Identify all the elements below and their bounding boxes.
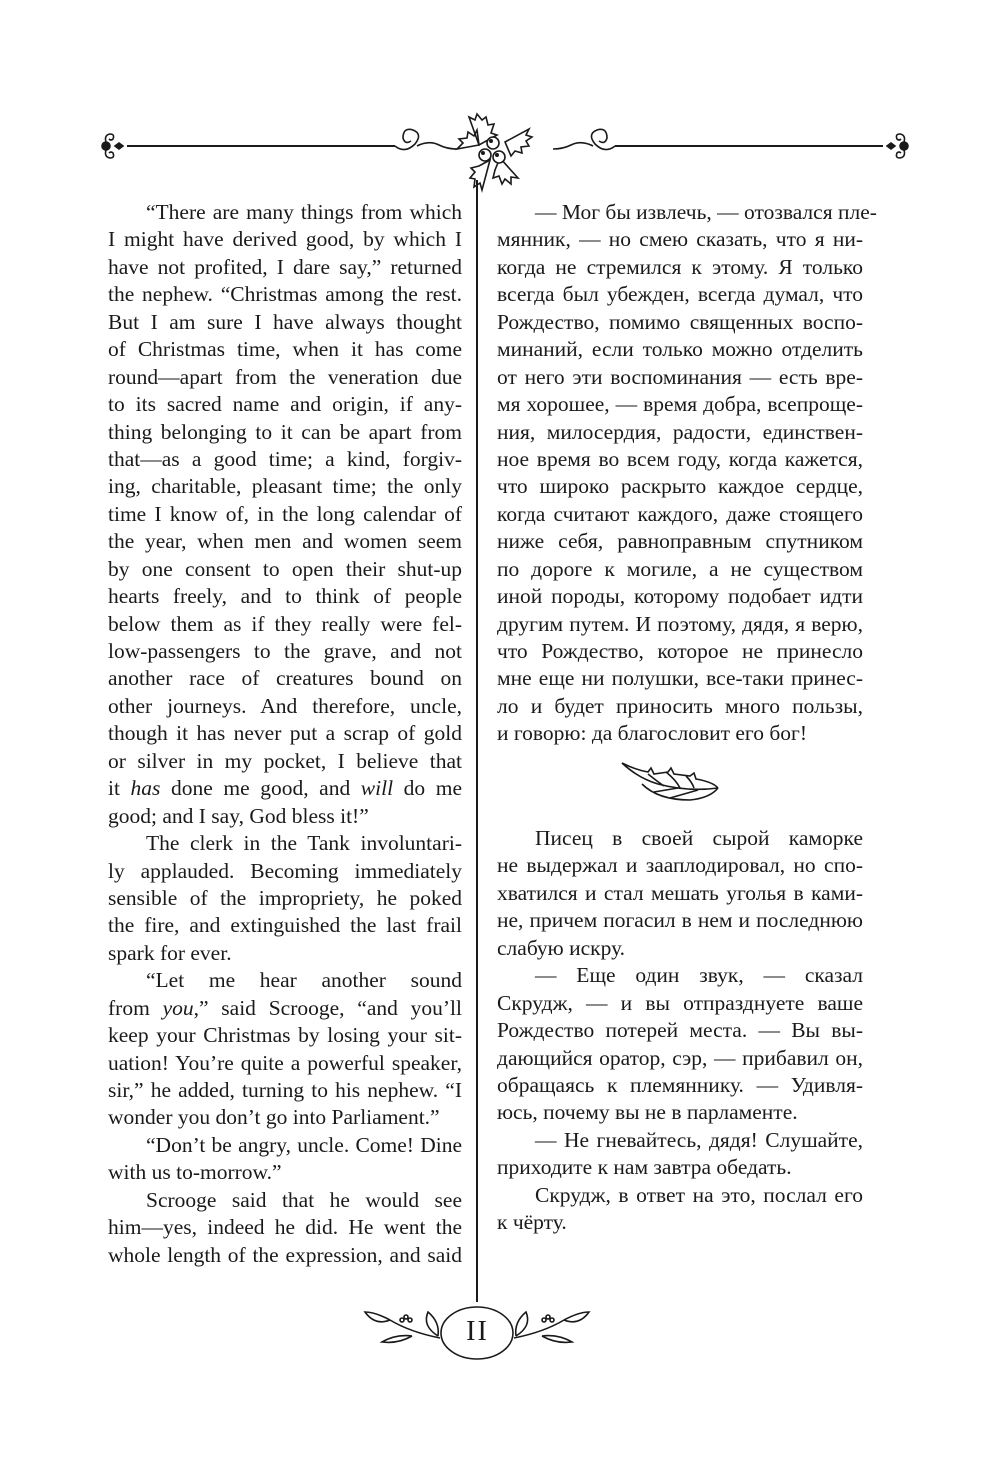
text-line: with us to-morrow.”: [108, 1159, 462, 1186]
text-line: юсь, почему вы не в парламенте.: [497, 1099, 863, 1126]
text-line: дающийся оратор, сэр, — прибавил он,: [497, 1045, 863, 1072]
text-line: good; and I say, God bless it!”: [108, 803, 462, 830]
text-line: обращаясь к племяннику. — Удивля-: [497, 1072, 863, 1099]
text-line: и говорю: да благословит его бог!: [497, 720, 863, 747]
text-line: time I know of, in the long calendar of: [108, 501, 462, 528]
text-line: минаний, если только можно отделить: [497, 336, 863, 363]
text-line: — Не гневайтесь, дядя! Слушайте,: [497, 1127, 863, 1154]
text-line: — Мог бы извлечь, — отозвался пле-: [497, 199, 863, 226]
text-run: from: [108, 996, 163, 1020]
text-line: him—yes, indeed he did. He went the: [108, 1214, 462, 1241]
text-line: thing belonging to it can be apart from: [108, 419, 462, 446]
text-line: ing, charitable, pleasant time; the only: [108, 473, 462, 500]
text-run: it: [108, 776, 131, 800]
text-line: мянник, — но смею сказать, что я ни-: [497, 226, 863, 253]
text-line: что широко раскрыто каждое сердце,: [497, 473, 863, 500]
text-line: to its sacred name and origin, if any-: [108, 391, 462, 418]
text-line: когда не стремился к этому. Я только: [497, 254, 863, 281]
text-line: мя хорошее, — время добра, всепроще-: [497, 391, 863, 418]
text-line: keep your Christmas by losing your sit-: [108, 1022, 462, 1049]
text-line: что Рождество, которое не принесло: [497, 638, 863, 665]
russian-text-column-block-2: Писец в своей сырой каморке не выдержал …: [497, 825, 863, 1237]
feather-icon: [618, 760, 728, 810]
text-line: мне еще ни полушки, все-таки принес-: [497, 665, 863, 692]
text-line: other journeys. And therefore, uncle,: [108, 693, 462, 720]
text-line: hearts freely, and to think of people: [108, 583, 462, 610]
text-line: that—as a good time; a kind, forgiv-: [108, 446, 462, 473]
text-line: it has done me good, and will do me: [108, 775, 462, 802]
italic-emphasis: will: [361, 776, 393, 800]
text-line: к чёрту.: [497, 1209, 863, 1236]
text-line: spark for ever.: [108, 940, 462, 967]
text-line: uation! You’re quite a powerful speaker,: [108, 1050, 462, 1077]
english-text-column: “There are many things from which I migh…: [108, 199, 462, 1269]
text-line: “There are many things from which: [108, 199, 462, 226]
text-line: of Christmas time, when it has come: [108, 336, 462, 363]
text-line: the nephew. “Christmas among the rest.: [108, 281, 462, 308]
text-line: the year, when men and women seem: [108, 528, 462, 555]
text-line: below them as if they really were fel-: [108, 611, 462, 638]
text-line: round—apart from the veneration due: [108, 364, 462, 391]
text-line: всегда был убежден, всегда думал, что: [497, 281, 863, 308]
text-line: sir,” he added, turning to his nephew. “…: [108, 1077, 462, 1104]
text-line: иной породы, которому подобает идти: [497, 583, 863, 610]
text-line: ло и будет приносить много пользы,: [497, 693, 863, 720]
text-line: по дороге к могиле, а не существом: [497, 556, 863, 583]
text-line: слабую искру.: [497, 935, 863, 962]
text-line: Scrooge said that he would see: [108, 1187, 462, 1214]
text-line: the fire, and extinguished the last frai…: [108, 912, 462, 939]
text-line: не, причем погасил в нем и последнюю: [497, 907, 863, 934]
text-line: хватился и стал мешать уголья в ками-: [497, 880, 863, 907]
italic-emphasis: you: [163, 996, 194, 1020]
text-line: Скрудж, в ответ на это, послал его: [497, 1182, 863, 1209]
text-line: sensible of the impropriety, he poked: [108, 885, 462, 912]
text-line: когда считают каждого, даже стоящего: [497, 501, 863, 528]
text-line: — Еще один звук, — сказал: [497, 962, 863, 989]
text-line: though it has never put a scrap of gold: [108, 720, 462, 747]
text-line: wonder you don’t go into Parliament.”: [108, 1104, 462, 1131]
text-line: Писец в своей сырой каморке: [497, 825, 863, 852]
text-line: не выдержал и зааплодировал, но спо-: [497, 852, 863, 879]
text-line: ly applauded. Becoming immediately: [108, 858, 462, 885]
holly-scroll-rule-icon: [95, 105, 915, 205]
text-line: from you,” said Scrooge, “and you’ll: [108, 995, 462, 1022]
text-line: another race of creatures bound on: [108, 665, 462, 692]
text-line: ниже себя, равноправным спутником: [497, 528, 863, 555]
text-line: by one consent to open their shut-up: [108, 556, 462, 583]
text-line: Рождество потерей места. — Вы вы-: [497, 1017, 863, 1044]
text-run: ,” said Scrooge, “and you’ll: [194, 996, 462, 1020]
text-line: “Don’t be angry, uncle. Come! Dine: [108, 1132, 462, 1159]
text-line: low-passengers to the grave, and not: [108, 638, 462, 665]
text-line: ное время во всем году, когда кажется,: [497, 446, 863, 473]
book-page: “There are many things from which I migh…: [0, 0, 1000, 1467]
text-line: But I am sure I have always thought: [108, 309, 462, 336]
page-number: II: [440, 1316, 515, 1348]
text-line: ния, милосердия, радости, единствен-: [497, 419, 863, 446]
text-line: Скрудж, — и вы отпразднуете ваше: [497, 990, 863, 1017]
text-line: другим путем. И поэтому, дядя, я верю,: [497, 611, 863, 638]
russian-text-column-block-1: — Мог бы извлечь, — отозвался пле- мянни…: [497, 199, 863, 748]
text-line: whole length of the expression, and said: [108, 1242, 462, 1269]
text-line: I might have derived good, by which I: [108, 226, 462, 253]
text-line: приходите к нам завтра обедать.: [497, 1154, 863, 1181]
text-line: or silver in my pocket, I believe that: [108, 748, 462, 775]
text-line: от него эти воспоминания — есть вре-: [497, 364, 863, 391]
text-run: do me: [393, 776, 462, 800]
text-line: The clerk in the Tank involuntari-: [108, 830, 462, 857]
column-divider: [476, 180, 478, 1302]
text-line: “Let me hear another sound: [108, 967, 462, 994]
italic-emphasis: has: [131, 776, 161, 800]
text-line: Рождество, помимо священных воспо-: [497, 309, 863, 336]
text-run: done me good, and: [160, 776, 360, 800]
text-line: have not profited, I dare say,” returned: [108, 254, 462, 281]
